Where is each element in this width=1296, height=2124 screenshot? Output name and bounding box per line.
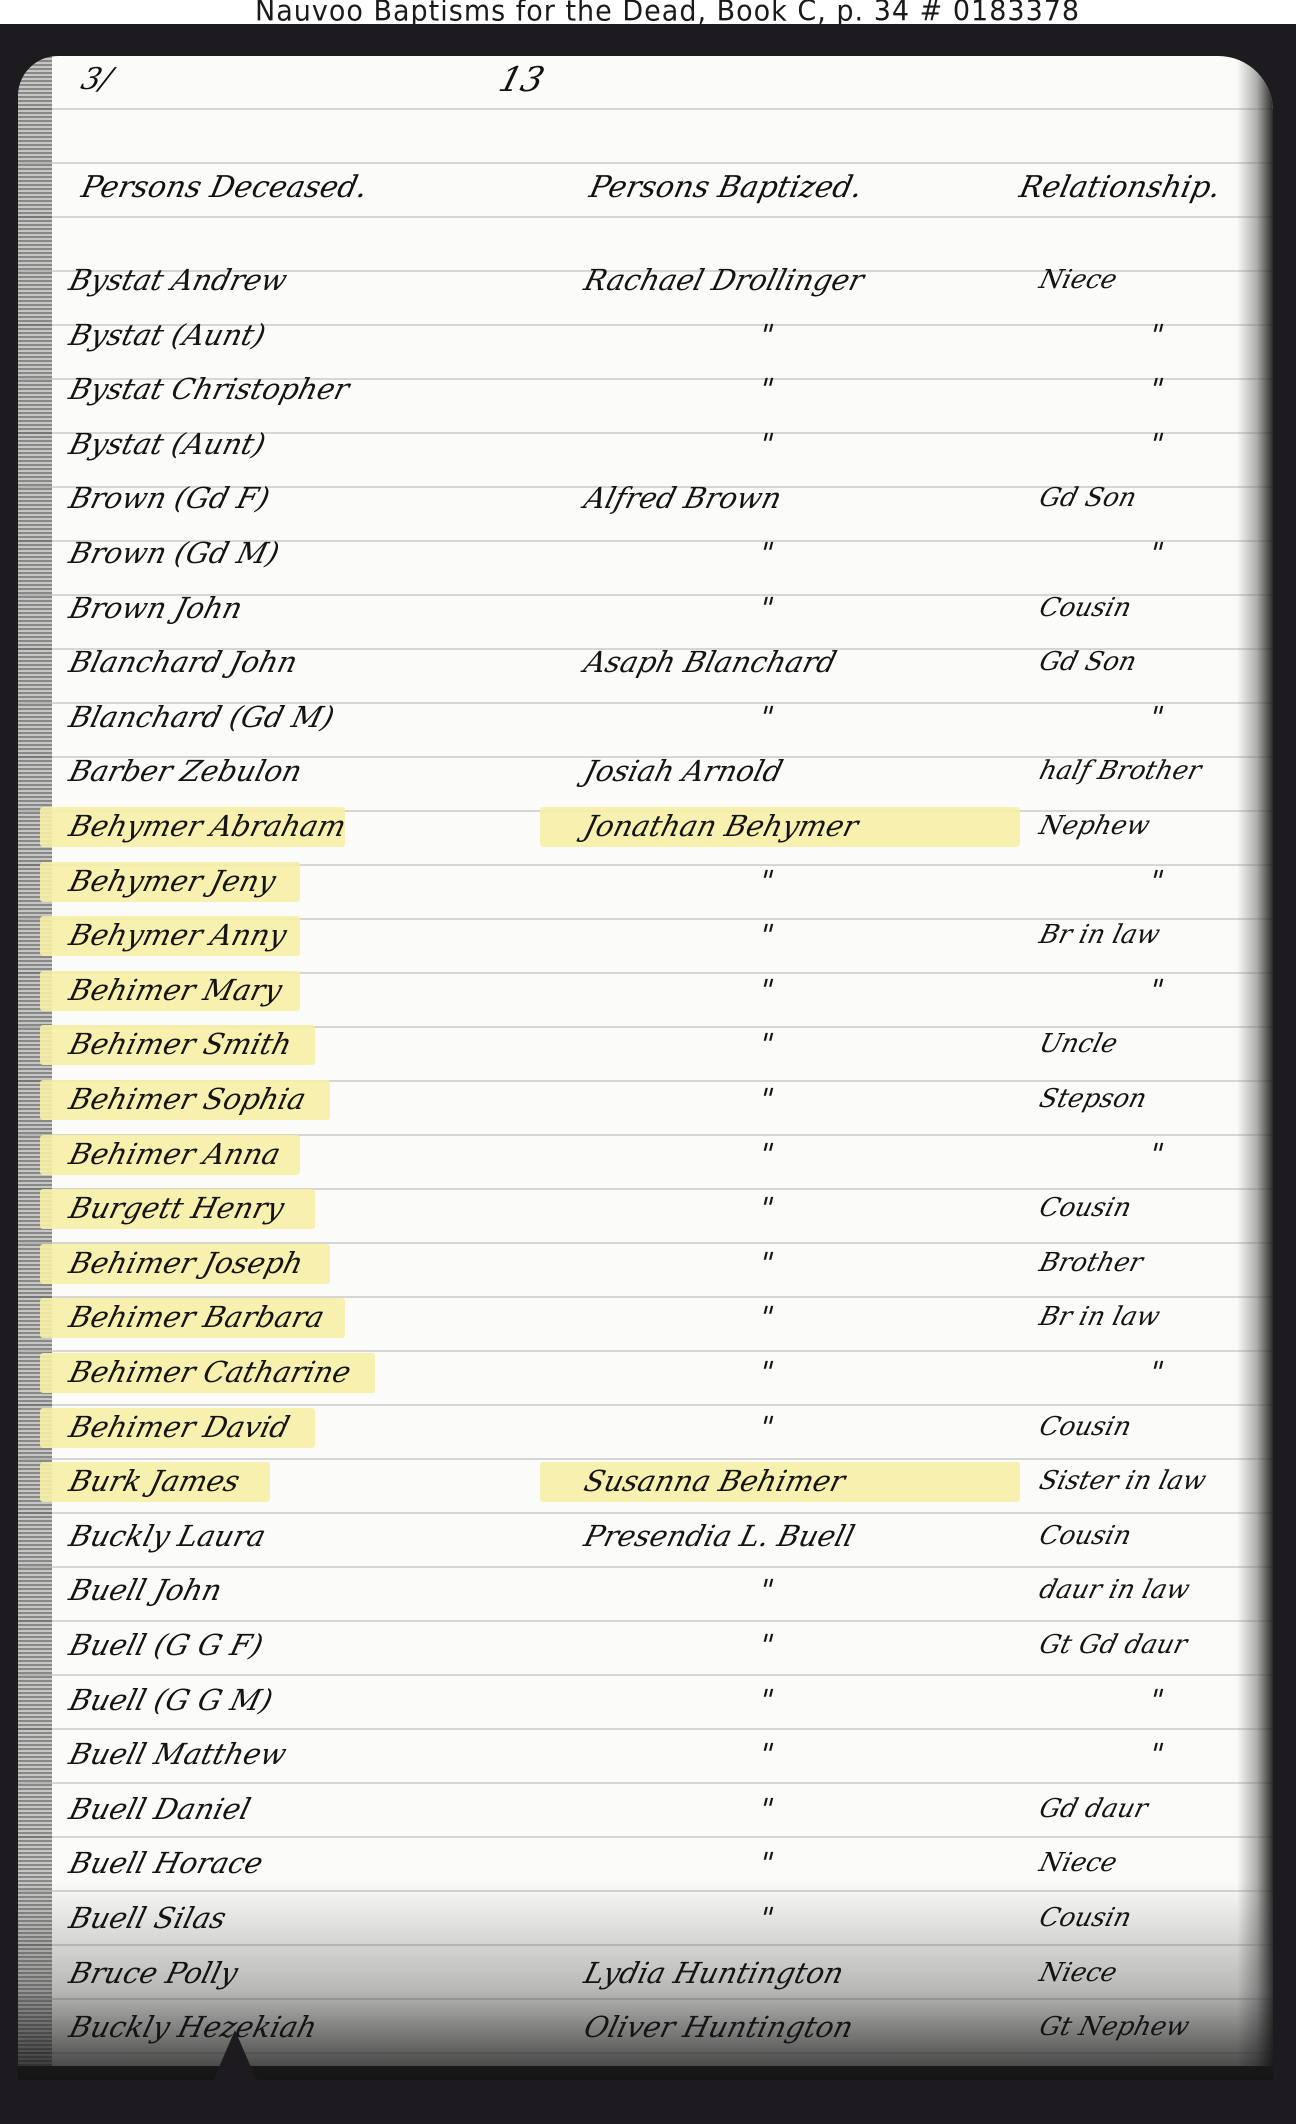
deceased-name: Behimer David	[64, 1402, 295, 1452]
deceased-name: Behimer Mary	[64, 965, 288, 1015]
baptized-name: Rachael Drollinger	[579, 255, 870, 305]
ledger-row: Behimer Anna""	[0, 1129, 1296, 1179]
ledger-row: Burgett Henry"Cousin	[0, 1183, 1296, 1233]
deceased-name: Behimer Barbara	[64, 1292, 330, 1342]
relationship-value: Niece	[1034, 1838, 1123, 1888]
baptized-name: Jonathan Behymer	[579, 801, 864, 851]
ledger-row: Behimer Mary""	[0, 965, 1296, 1015]
ledger-row: Behimer Sophia"Stepson	[0, 1074, 1296, 1124]
ledger-row: Brown (Gd M)""	[0, 528, 1296, 578]
baptized-name: Josiah Arnold	[579, 746, 789, 796]
ledger-row: Behimer Barbara"Br in law	[0, 1292, 1296, 1342]
relationship-value: Cousin	[1034, 1893, 1137, 1943]
ditto-mark: "	[754, 1074, 780, 1124]
archive-annotation-strip: Nauvoo Baptisms for the Dead, Book C, p.…	[0, 0, 1296, 26]
deceased-name: Buell Silas	[64, 1893, 232, 1943]
relationship-value: Gd daur	[1034, 1784, 1153, 1834]
relationship-value: Niece	[1034, 255, 1123, 305]
ledger-row: Behimer Smith"Uncle	[0, 1019, 1296, 1069]
ledger-row: Behimer Joseph"Brother	[0, 1238, 1296, 1288]
deceased-name: Bruce Polly	[64, 1948, 244, 1998]
ledger-row: Buell (G G F)"Gt Gd daur	[0, 1620, 1296, 1670]
ditto-mark: "	[1144, 419, 1170, 469]
ditto-mark: "	[754, 965, 780, 1015]
deceased-name: Buckly Hezekiah	[64, 2002, 323, 2052]
relationship-value: Br in law	[1034, 1292, 1166, 1342]
ditto-mark: "	[754, 583, 780, 633]
relationship-value: Cousin	[1034, 1402, 1137, 1452]
deceased-name: Buell Matthew	[64, 1729, 292, 1779]
ledger-row: Behymer AbrahamJonathan BehymerNephew	[0, 801, 1296, 851]
deceased-name: Behymer Jeny	[64, 856, 282, 906]
ledger-row: Buell (G G M)""	[0, 1675, 1296, 1725]
ditto-mark: "	[754, 1675, 780, 1725]
deceased-name: Buell Horace	[64, 1838, 269, 1888]
relationship-value: Niece	[1034, 1948, 1123, 1998]
deceased-name: Blanchard (Gd M)	[64, 692, 340, 742]
ledger-row: Bystat (Aunt)""	[0, 419, 1296, 469]
relationship-value: Nephew	[1034, 801, 1156, 851]
ditto-mark: "	[754, 1183, 780, 1233]
ditto-mark: "	[754, 1729, 780, 1779]
deceased-name: Bystat Christopher	[64, 364, 355, 414]
deceased-name: Blanchard John	[64, 637, 303, 687]
ditto-mark: "	[754, 1620, 780, 1670]
ledger-row: Buell Matthew""	[0, 1729, 1296, 1779]
deceased-name: Barber Zebulon	[64, 746, 308, 796]
baptized-name: Alfred Brown	[579, 473, 787, 523]
ledger-row: Bystat (Aunt)""	[0, 310, 1296, 360]
deceased-name: Behimer Smith	[64, 1019, 298, 1069]
ditto-mark: "	[754, 1238, 780, 1288]
baptized-name: Presendia L. Buell	[579, 1511, 860, 1561]
ditto-mark: "	[754, 1838, 780, 1888]
ledger-row: Behimer Catharine""	[0, 1347, 1296, 1397]
ditto-mark: "	[754, 419, 780, 469]
header-relationship: Relationship.	[1016, 170, 1223, 205]
deceased-name: Buckly Laura	[64, 1511, 272, 1561]
relationship-value: Cousin	[1034, 1183, 1137, 1233]
ditto-mark: "	[1144, 364, 1170, 414]
ledger-row: Bruce PollyLydia HuntingtonNiece	[0, 1948, 1296, 1998]
ditto-mark: "	[1144, 856, 1170, 906]
ledger-row: Brown John"Cousin	[0, 583, 1296, 633]
header-persons-baptized: Persons Baptized.	[586, 170, 865, 205]
ditto-mark: "	[754, 856, 780, 906]
deceased-name: Brown (Gd F)	[64, 473, 276, 523]
baptized-name: Oliver Huntington	[579, 2002, 859, 2052]
deceased-name: Burk James	[64, 1456, 246, 1506]
relationship-value: Uncle	[1034, 1019, 1123, 1069]
deceased-name: Bystat (Aunt)	[64, 310, 271, 360]
deceased-name: Behymer Anny	[64, 910, 292, 960]
ledger-row: Bystat AndrewRachael DrollingerNiece	[0, 255, 1296, 305]
ditto-mark: "	[754, 1893, 780, 1943]
baptized-name: Lydia Huntington	[579, 1948, 850, 1998]
relationship-value: Sister in law	[1034, 1456, 1212, 1506]
ledger-row: Behymer Jeny""	[0, 856, 1296, 906]
ledger-row: Burk JamesSusanna BehimerSister in law	[0, 1456, 1296, 1506]
relationship-value: Gd Son	[1034, 637, 1142, 687]
deceased-name: Behimer Catharine	[64, 1347, 357, 1397]
relationship-value: Br in law	[1034, 910, 1166, 960]
ditto-mark: "	[1144, 1675, 1170, 1725]
deceased-name: Behimer Sophia	[64, 1074, 312, 1124]
ditto-mark: "	[1144, 528, 1170, 578]
ditto-mark: "	[754, 692, 780, 742]
ledger-row: Buell Silas"Cousin	[0, 1893, 1296, 1943]
deceased-name: Buell John	[64, 1565, 228, 1615]
ditto-mark: "	[754, 1784, 780, 1834]
ditto-mark: "	[1144, 692, 1170, 742]
ditto-mark: "	[754, 1565, 780, 1615]
deceased-name: Brown (Gd M)	[64, 528, 285, 578]
relationship-value: Cousin	[1034, 583, 1137, 633]
ditto-mark: "	[754, 364, 780, 414]
deceased-name: Bystat (Aunt)	[64, 419, 271, 469]
relationship-value: daur in law	[1034, 1565, 1195, 1615]
ditto-mark: "	[1144, 1729, 1170, 1779]
baptized-name: Asaph Blanchard	[579, 637, 842, 687]
ledger-row: Buell Daniel"Gd daur	[0, 1784, 1296, 1834]
deceased-name: Buell Daniel	[64, 1784, 256, 1834]
relationship-value: Brother	[1034, 1238, 1149, 1288]
ditto-mark: "	[754, 1402, 780, 1452]
header-persons-deceased: Persons Deceased.	[78, 170, 370, 205]
relationship-value: Gt Nephew	[1034, 2002, 1195, 2052]
ledger-row: Bystat Christopher""	[0, 364, 1296, 414]
deceased-name: Brown John	[64, 583, 248, 633]
ditto-mark: "	[1144, 310, 1170, 360]
ledger-row: Blanchard (Gd M)""	[0, 692, 1296, 742]
ledger-row: Buckly LauraPresendia L. BuellCousin	[0, 1511, 1296, 1561]
ledger-row: Buckly HezekiahOliver HuntingtonGt Nephe…	[0, 2002, 1296, 2052]
deceased-name: Buell (G G M)	[64, 1675, 278, 1725]
ditto-mark: "	[754, 528, 780, 578]
ditto-mark: "	[1144, 1129, 1170, 1179]
ledger-row: Barber ZebulonJosiah Arnoldhalf Brother	[0, 746, 1296, 796]
deceased-name: Behimer Anna	[64, 1129, 286, 1179]
ledger-row: Behymer Anny"Br in law	[0, 910, 1296, 960]
relationship-value: Cousin	[1034, 1511, 1137, 1561]
relationship-value: Gd Son	[1034, 473, 1142, 523]
ditto-mark: "	[1144, 1347, 1170, 1397]
relationship-value: half Brother	[1034, 746, 1207, 796]
ledger-row: Buell John"daur in law	[0, 1565, 1296, 1615]
deceased-name: Bystat Andrew	[64, 255, 293, 305]
deceased-name: Burgett Henry	[64, 1183, 290, 1233]
ledger-row: Buell Horace"Niece	[0, 1838, 1296, 1888]
deceased-name: Buell (G G F)	[64, 1620, 269, 1670]
relationship-value: Stepson	[1034, 1074, 1152, 1124]
ditto-mark: "	[1144, 965, 1170, 1015]
ditto-mark: "	[754, 910, 780, 960]
ditto-mark: "	[754, 1292, 780, 1342]
ledger-row: Behimer David"Cousin	[0, 1402, 1296, 1452]
ditto-mark: "	[754, 1019, 780, 1069]
baptized-name: Susanna Behimer	[579, 1456, 851, 1506]
deceased-name: Behimer Joseph	[64, 1238, 309, 1288]
ledger-row: Brown (Gd F)Alfred BrownGd Son	[0, 473, 1296, 523]
deceased-name: Behymer Abraham	[64, 801, 352, 851]
ditto-mark: "	[754, 1347, 780, 1397]
ditto-mark: "	[754, 310, 780, 360]
ledger-row: Blanchard JohnAsaph BlanchardGd Son	[0, 637, 1296, 687]
relationship-value: Gt Gd daur	[1034, 1620, 1193, 1670]
ditto-mark: "	[754, 1129, 780, 1179]
